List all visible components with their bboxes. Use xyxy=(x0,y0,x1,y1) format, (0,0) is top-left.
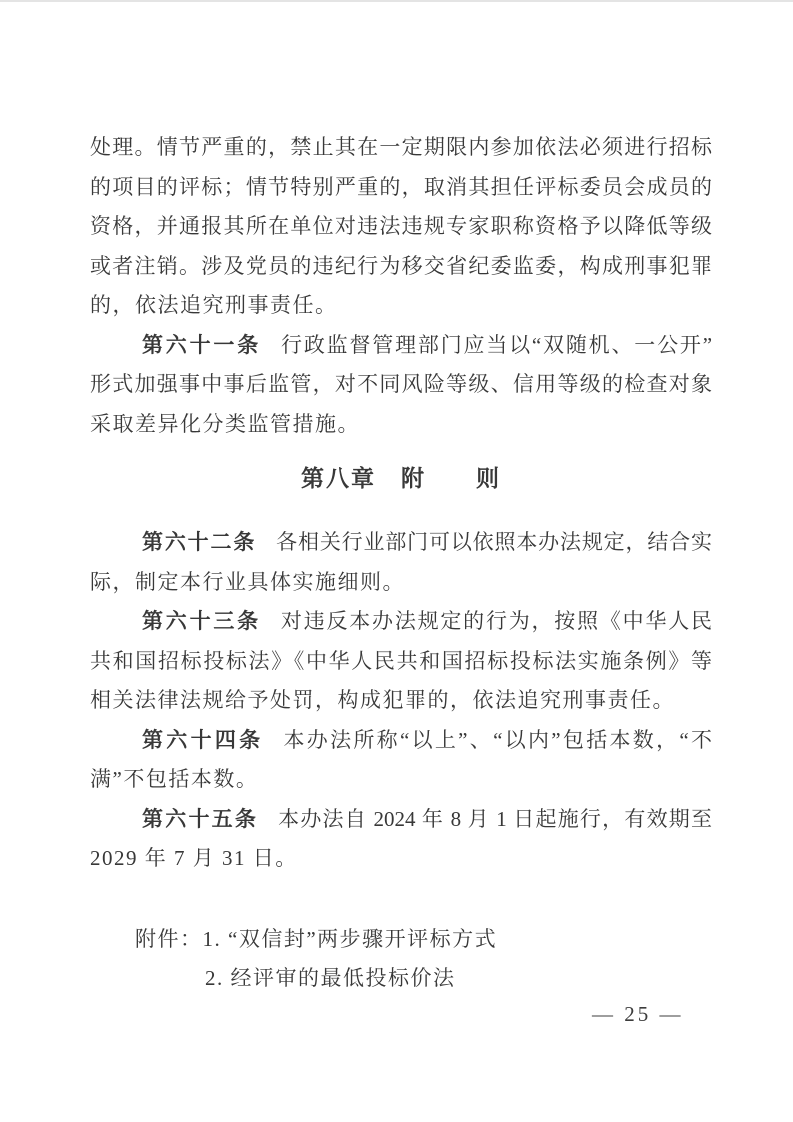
attachments-line-1: 附件：1. “双信封”两步骤开评标方式 xyxy=(90,920,712,960)
attachment-item-1: 1. “双信封”两步骤开评标方式 xyxy=(203,927,498,951)
article-61-text: 行政监督管理部门应当以“双随机、一公开” xyxy=(281,333,712,357)
article-63-line: 相关法律法规给予处罚，构成犯罪的，依法追究刑事责任。 xyxy=(90,681,712,721)
document-text-block: 处理。情节严重的，禁止其在一定期限内参加依法必须进行招标 的项目的评标；情节特别… xyxy=(90,128,712,999)
article-62-number: 第六十二条 xyxy=(142,530,256,554)
article-63-number: 第六十三条 xyxy=(142,609,261,633)
article-63-first-line: 第六十三条对违反本办法规定的行为，按照《中华人民 xyxy=(90,602,712,642)
article-65-number: 第六十五条 xyxy=(142,807,258,831)
article-61-first-line: 第六十一条行政监督管理部门应当以“双随机、一公开” xyxy=(90,326,712,366)
article-65-line: 2029 年 7 月 31 日。 xyxy=(90,839,712,879)
attachment-item-2: 2. 经评审的最低投标价法 xyxy=(205,966,456,990)
article-63-text: 对违反本办法规定的行为，按照《中华人民 xyxy=(281,609,712,633)
article-65-first-line: 第六十五条本办法自 2024 年 8 月 1 日起施行，有效期至 xyxy=(90,800,712,840)
paragraph-continuation-line: 资格，并通报其所在单位对违法违规专家职称资格予以降低等级 xyxy=(90,207,712,247)
article-64-line: 满”不包括本数。 xyxy=(90,760,712,800)
article-62-first-line: 第六十二条各相关行业部门可以依照本办法规定，结合实 xyxy=(90,523,712,563)
article-64-first-line: 第六十四条本办法所称“以上”、“以内”包括本数，“不 xyxy=(90,721,712,761)
scan-edge-artifact xyxy=(0,0,793,2)
chapter-8-heading: 第八章 附 则 xyxy=(90,459,712,499)
paragraph-continuation-line: 的项目的评标；情节特别严重的，取消其担任评标委员会成员的 xyxy=(90,168,712,208)
article-61-line: 采取差异化分类监管措施。 xyxy=(90,405,712,445)
article-64-number: 第六十四条 xyxy=(142,728,263,752)
scanned-document-page: 处理。情节严重的，禁止其在一定期限内参加依法必须进行招标 的项目的评标；情节特别… xyxy=(0,0,793,1122)
attachments-prefix: 附件： xyxy=(135,927,203,951)
article-64-text: 本办法所称“以上”、“以内”包括本数，“不 xyxy=(283,728,712,752)
paragraph-continuation-line: 的，依法追究刑事责任。 xyxy=(90,286,712,326)
paragraph-continuation-line: 处理。情节严重的，禁止其在一定期限内参加依法必须进行招标 xyxy=(90,128,712,168)
article-62-line: 际，制定本行业具体实施细则。 xyxy=(90,563,712,603)
article-61-number: 第六十一条 xyxy=(142,333,261,357)
article-61-line: 形式加强事中事后监管，对不同风险等级、信用等级的检查对象 xyxy=(90,365,712,405)
paragraph-continuation-line: 或者注销。涉及党员的违纪行为移交省纪委监委，构成刑事犯罪 xyxy=(90,247,712,287)
article-65-text: 本办法自 2024 年 8 月 1 日起施行，有效期至 xyxy=(278,807,712,831)
page-number: — 25 — xyxy=(592,1000,684,1028)
attachments-line-2: 2. 经评审的最低投标价法 xyxy=(90,959,712,999)
article-62-text: 各相关行业部门可以依照本办法规定，结合实 xyxy=(276,530,712,554)
article-63-line: 共和国招标投标法》《中华人民共和国招标投标法实施条例》等 xyxy=(90,642,712,682)
